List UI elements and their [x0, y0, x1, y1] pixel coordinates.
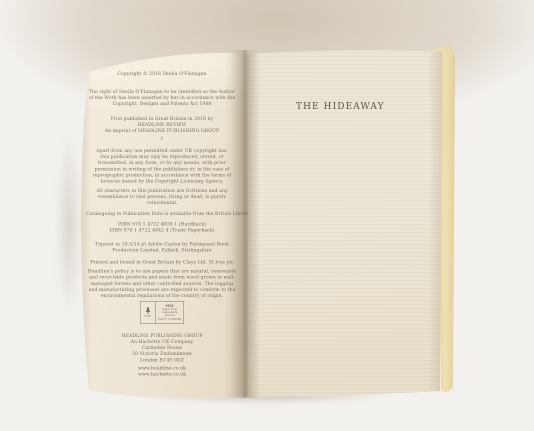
cataloguing-line: Cataloguing in Publication Data is avail… — [86, 211, 238, 217]
rights-notice-paragraph: Apart from any use permitted under UK co… — [92, 148, 233, 184]
fsc-word: FSC — [144, 314, 151, 318]
fsc-code: FSC® C104740 — [157, 318, 183, 322]
page-side-shadow — [52, 90, 86, 360]
fsc-tree-icon — [145, 306, 151, 314]
imprint-line: An imprint of HEADLINE PUBLISHING GROUP — [86, 128, 238, 134]
fsc-text-cell: MIX Paper from responsible sources FSC® … — [156, 301, 184, 323]
edition-number: 1 — [86, 136, 238, 142]
typeset-line: Typeset in 10.5/14 pt Adobe Caslon by Pa… — [92, 241, 233, 253]
left-page-copyright: Copyright © 2018 Sheila O'Flanagan The r… — [76, 50, 248, 402]
author-rights-paragraph: The right of Sheila O'Flanagan to be ide… — [86, 89, 238, 107]
right-page: THE HIDEAWAY — [244, 48, 442, 398]
half-title: THE HIDEAWAY — [296, 102, 385, 112]
fsc-tree-cell: FSC — [141, 301, 156, 323]
printed-line: Printed and bound in Great Britain by Cl… — [86, 260, 238, 266]
publisher-address-3: London EC4Y 0DZ — [86, 357, 238, 363]
fsc-label: FSC MIX Paper from responsible sources F… — [140, 301, 184, 324]
book-photo: THE HIDEAWAY Copyright © 2018 Sheila O'F… — [0, 0, 534, 431]
copyright-page-text: Copyright © 2018 Sheila O'Flanagan The r… — [86, 71, 238, 377]
fictitious-notice: All characters in this publication are f… — [87, 188, 237, 206]
fsc-sub-label: Paper from responsible sources — [157, 309, 183, 318]
copyright-line: Copyright © 2018 Sheila O'Flanagan — [86, 71, 238, 77]
website-hachette: www.hachette.co.uk — [86, 371, 238, 377]
isbn-paperback: ISBN 978 1 4722 4842 4 (Trade Paperback) — [86, 227, 238, 233]
paper-policy-notice: Headline's policy is to use papers that … — [86, 269, 238, 299]
